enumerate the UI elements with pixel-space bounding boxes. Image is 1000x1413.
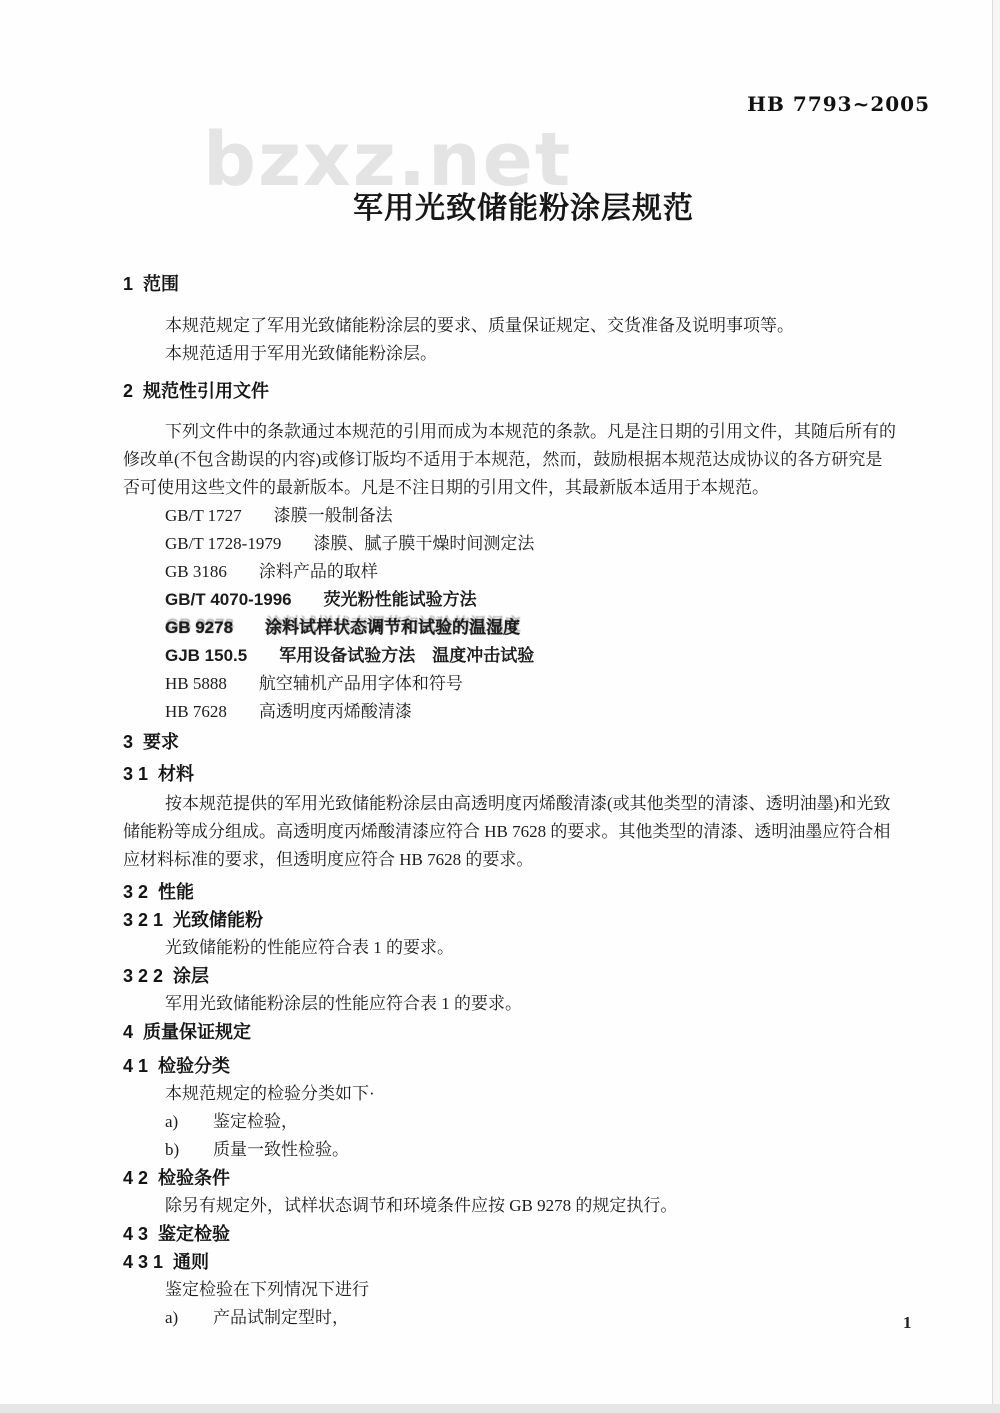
reference-item: HB 5888航空辅机产品用字体和符号 <box>165 670 943 698</box>
section-4-2-heading: 4 2 检验条件 <box>123 1164 943 1192</box>
reference-code: GJB 150.5 <box>165 646 247 665</box>
paragraph-line: 否可使用这些文件的最新版本。凡是不注日期的引用文件，其最新版本适用于本规范。 <box>123 474 943 502</box>
reference-item: GJB 150.5军用设备试验方法 温度冲击试验 <box>165 642 943 670</box>
section-1-heading: 1 范围 <box>123 270 943 298</box>
reference-code: GB 9278 <box>165 618 233 637</box>
reference-title: 高透明度丙烯酸清漆 <box>259 702 412 721</box>
list-item-label: b) <box>165 1136 213 1164</box>
reference-title: 漆膜一般制备法 <box>274 506 393 525</box>
reference-list: GB/T 1727漆膜一般制备法 GB/T 1728-1979漆膜、腻子膜干燥时… <box>165 502 943 726</box>
list-item: a)产品试制定型时， <box>165 1304 943 1332</box>
paragraph-line: 修改单(不包含勘误的内容)或修订版均不适用于本规范，然而，鼓励根据本规范达成协议… <box>123 446 943 474</box>
section-4-1-heading: 4 1 检验分类 <box>123 1052 943 1080</box>
list-item-label: a) <box>165 1108 213 1136</box>
reference-code: GB/T 1728-1979 <box>165 534 281 553</box>
reference-code: HB 5888 <box>165 674 227 693</box>
paragraph-line: 本规范规定的检验分类如下· <box>123 1080 943 1108</box>
section-4-3-heading: 4 3 鉴定检验 <box>123 1220 943 1248</box>
section-3-2-1-heading: 3 2 1 光致储能粉 <box>123 906 943 934</box>
scan-edge-right <box>992 0 1000 1413</box>
reference-item: GB/T 1727漆膜一般制备法 <box>165 502 943 530</box>
page-title: 军用光致储能粉涂层规范 <box>353 183 694 227</box>
document-body: 1 范围 本规范规定了军用光致储能粉涂层的要求、质量保证规定、交货准备及说明事项… <box>123 262 943 1332</box>
section-4-heading: 4 质量保证规定 <box>123 1018 943 1046</box>
list-item-text: 产品试制定型时， <box>213 1308 349 1327</box>
reference-item: GB 3186涂料产品的取样 <box>165 558 943 586</box>
reference-item: HB 7628高透明度丙烯酸清漆 <box>165 698 943 726</box>
section-3-heading: 3 要求 <box>123 728 943 756</box>
section-2-heading: 2 规范性引用文件 <box>123 377 943 405</box>
paragraph-line: 鉴定检验在下列情况下进行 <box>123 1276 943 1304</box>
reference-title: 涂料产品的取样 <box>259 562 378 581</box>
list-item-text: 鉴定检验， <box>213 1112 298 1131</box>
paragraph-line: 本规范适用于军用光致储能粉涂层。 <box>123 340 943 368</box>
reference-code: HB 7628 <box>165 702 227 721</box>
paragraph-line: 除另有规定外，试样状态调节和环境条件应按 GB 9278 的规定执行。 <box>123 1192 943 1220</box>
paragraph-line: 光致储能粉的性能应符合表 1 的要求。 <box>123 934 943 962</box>
list-item: b)质量一致性检验。 <box>165 1136 943 1164</box>
list-item-label: a) <box>165 1304 213 1332</box>
reference-item: GB/T 1728-1979漆膜、腻子膜干燥时间测定法 <box>165 530 943 558</box>
section-3-2-heading: 3 2 性能 <box>123 878 943 906</box>
page-number: 1 <box>903 1313 912 1333</box>
scan-edge-bottom <box>0 1404 1000 1413</box>
reference-title: 航空辅机产品用字体和符号 <box>259 674 463 693</box>
paragraph-line: 本规范规定了军用光致储能粉涂层的要求、质量保证规定、交货准备及说明事项等。 <box>123 312 943 340</box>
reference-title: 涂料试样状态调节和试验的温湿度 <box>265 618 520 637</box>
reference-item: GB 9278涂料试样状态调节和试验的温湿度 <box>165 614 943 642</box>
reference-code: GB/T 1727 <box>165 506 242 525</box>
paragraph-line: 军用光致储能粉涂层的性能应符合表 1 的要求。 <box>123 990 943 1018</box>
paragraph-line: 应材料标准的要求，但透明度应符合 HB 7628 的要求。 <box>123 846 943 874</box>
reference-code: GB/T 4070-1996 <box>165 590 292 609</box>
list-item-text: 质量一致性检验。 <box>213 1140 349 1159</box>
standard-number: HB 7793~2005 <box>747 92 930 116</box>
reference-title: 军用设备试验方法 温度冲击试验 <box>279 646 534 665</box>
reference-title: 荧光粉性能试验方法 <box>324 590 477 609</box>
paragraph-line: 下列文件中的条款通过本规范的引用而成为本规范的条款。凡是注日期的引用文件，其随后… <box>123 418 943 446</box>
section-3-1-heading: 3 1 材料 <box>123 760 943 788</box>
section-4-3-1-heading: 4 3 1 通则 <box>123 1248 943 1276</box>
section-3-2-2-heading: 3 2 2 涂层 <box>123 962 943 990</box>
list-item: a)鉴定检验， <box>165 1108 943 1136</box>
reference-item: GB/T 4070-1996荧光粉性能试验方法 <box>165 586 943 614</box>
scanned-document-page: HB 7793~2005 bzxz.net 军用光致储能粉涂层规范 1 范围 本… <box>0 0 1000 1413</box>
paragraph-line: 按本规范提供的军用光致储能粉涂层由高透明度丙烯酸清漆(或其他类型的清漆、透明油墨… <box>123 790 943 818</box>
paragraph-line: 储能粉等成分组成。高透明度丙烯酸清漆应符合 HB 7628 的要求。其他类型的清… <box>123 818 943 846</box>
reference-code: GB 3186 <box>165 562 227 581</box>
reference-title: 漆膜、腻子膜干燥时间测定法 <box>313 534 534 553</box>
